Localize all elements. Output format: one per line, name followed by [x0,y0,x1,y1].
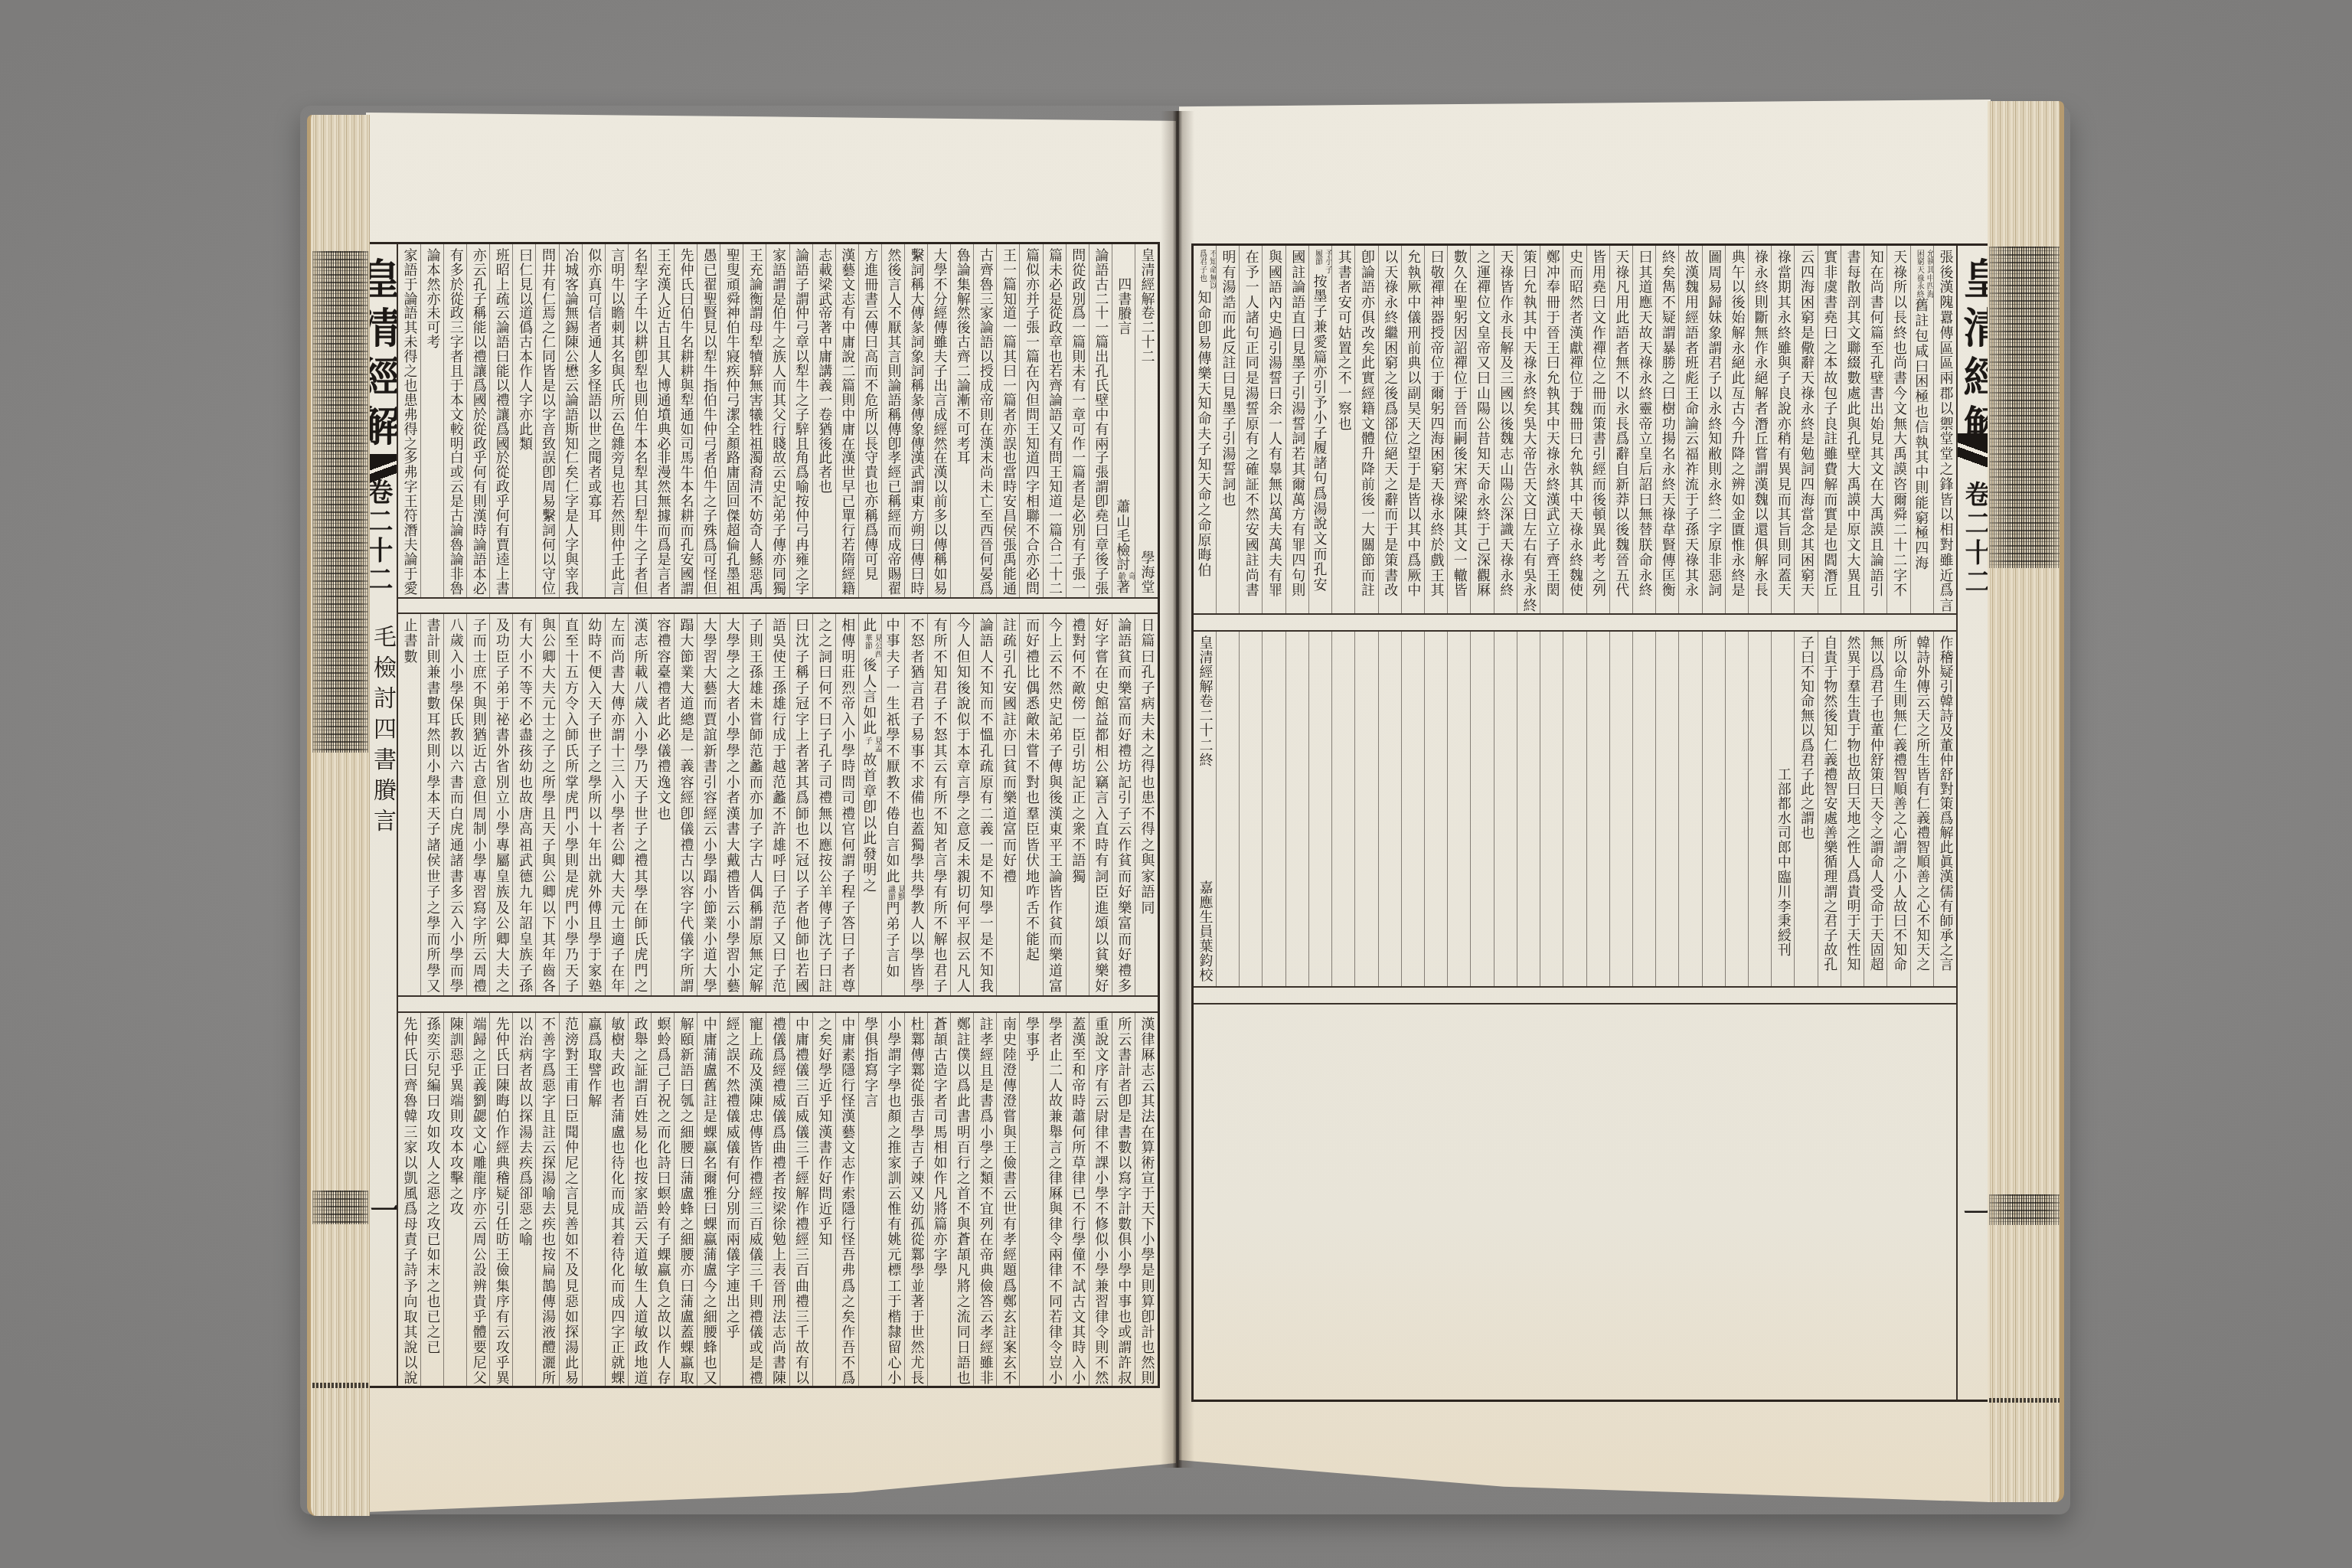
strip-book-title: 皇清經解 [367,257,398,453]
column-text: 以天祿永終繼困窮之後爲郤位絕天之辭而于是策書改 [1379,250,1400,598]
column-text: 學海堂 [1135,550,1157,594]
text-column: 論語古二十一篇出孔氏壁中有兩子張謂卽堯曰章後子張 [1089,244,1112,597]
text-run: 中事夫子一生祇學不厭教不倦自言如此 [884,618,900,885]
text-column: 祿當期其永終雖與子良說亦稍有異見而其旨則同蓋天 [1771,246,1794,613]
column-text: 以治病者故以探湯去疾爲卻惡之喻 [514,1017,535,1248]
text-column: 禮對何不敵傍一臣引坊記正之衆不語獨 [1066,614,1089,995]
column-text: 實非虞書堯曰之本故包子良註雖費解而實是也閻潛丘 [1818,250,1840,598]
text-column: 不知命無以爲君子也知命卽易傳樂天知命夫子知天命之命原晦伯 [1194,246,1216,613]
column-text: 止書數 [398,618,420,665]
text-column: 好字嘗在史館益都相公竊言入直時有詞臣進頌以貧樂好 [1089,614,1112,995]
column-text: 解頤新語曰瓠之細腰曰蒲盧蜂之細腰亦曰蒲盧蓋蜾蠃取 [675,1017,697,1386]
fore-edge-frame-line [312,1383,368,1388]
text-column: 篇未必是從政章也若齊論語又有問王知道一篇合二十二 [1043,244,1066,597]
text-column: 王充論衡謂母犁犢騂無害犧牲祖濁裔清不妨奇人鯀惡禹 [743,244,766,597]
text-column: 皆用堯曰文作禪位之冊而策書引經而後頓異此考之列 [1586,246,1609,613]
column-text: 不知命無以爲君子也知命卽易傳樂天知命夫子知天命之命原晦伯 [1194,250,1216,578]
text-column: 蒼頡古造字者司馬相如作凡將篇亦字學 [927,1013,950,1386]
text-column: 曰仁見以道僞古本作人字亦此類 [512,244,535,597]
column-text: 子則王孫雄未嘗師范蠡而亦加子字古人偶稱謂原無定解 [744,618,766,995]
column-text: 予小子履節按墨子兼愛篇亦引予小子履諸句爲湯說文而孔安 [1308,250,1331,593]
fore-edge-ink-smudge [312,1191,368,1224]
text-column: 註孝經且是書爲小學之類不宜列在帝典儉答云孝經雖非 [973,1013,996,1386]
text-column: 曰沈子稱子冠字上者著其爲師也不冠以子者他師也若國 [789,614,812,995]
column-text: 螟蛉爲己子祝之而化詩曰螟蛉有子蜾蠃負之故以作人存 [652,1017,673,1386]
text-column: 王充漢人近古且其人博通墳典必非漫然無據而爲是言者 [651,244,674,597]
text-column: 論語貧而樂富而好禮坊記引子云作貧而好樂富而好禮多 [1112,614,1135,995]
blank-column [1239,632,1262,986]
column-text: 志載梁武帝著中庸講義一卷猶後此者也 [813,248,835,494]
text-column: 大學習大藝而賈誼新書引容經云小學蹋小節業小道大學 [697,614,720,995]
text-column: 策曰允執其中天祿永終矣吳大帝告天文曰左右有吳永終 [1517,246,1540,613]
text-column: 相傳明莊烈帝入小學時問司禮官何謂子程子答曰子者尊 [835,614,858,995]
column-text: 有所不知君子不怒其云有所不知者言學有所不解也君子 [929,618,950,995]
strip-volume: 卷二十二 [367,479,390,595]
column-text: 中事夫子一生祇學不厭教不倦自言如此見默識節門弟子言如 [881,618,904,979]
column-text: 策曰允執其中天祿永終矣吳大帝告天文曰左右有吳永終 [1517,250,1539,613]
text-column: 先仲氏曰陳晦伯作經典稽疑引任昉王儉集序有云攻乎異 [489,1013,512,1386]
text-column: 漢律厤志云其法在算術宣于天下小學是則算卽計也然則 [1135,1013,1158,1386]
column-text: 鄭冲奉冊于晉王曰允執其中天祿永終漢武立子齊王閎 [1541,250,1563,598]
column-text: 然後言人不厭其言則論語稱傳卽孝經已稱經而成帝賜翟 [882,248,903,596]
text-column: 左而尚書大傳亦謂十三入小學者公卿大夫元士適子在年 [605,614,628,995]
column-text: 鄭註僕以爲此書明百行之首不與蒼頡凡將之流同日語也 [952,1017,973,1386]
column-text: 終矣雋不疑謂暴勝之曰樹功揚名永終天祿韋賢傳匡衡 [1657,250,1678,598]
register-middle: 作稽疑引韓詩及董仲舒對策爲解此眞漢儒有師承之言韓詩外傳云天之所生皆有仁義禮智順善… [1194,630,1956,988]
text-column: 天祿凡用此語者無不以永長爲辭自新莽以後魏晉五代 [1609,246,1632,613]
text-column: 似亦真可信者通人多怪語以世之聞者或寡耳 [582,244,605,597]
fore-edge-ink-smudge [1989,247,2060,568]
column-text: 端歸之正義劉勰文心雕龍序亦云周公設辨貴乎體要尼父 [468,1017,489,1386]
column-text: 南史陸澄傳澄嘗與王儉書云世有孝經題爲鄭玄註案玄不 [998,1017,1019,1386]
column-text: 之矣好學近乎知漢書作好問近乎知 [813,1017,835,1248]
right-page-frame: 皇清經解 卷二十二 一 張後漢隗囂傳區區兩郡以禦堂堂之鋒皆以相對雖近爲言允執其中… [1191,243,1989,1402]
column-text: 蹋大節業大道總是一義容經卽儀禮古以容字代儀字所謂 [675,618,697,995]
column-text: 張後漢隗囂傳區區兩郡以禦堂堂之鋒皆以相對雖近爲言 [1934,250,1955,613]
column-text: 知在尚書何篇至孔壁書出始見其文在大禹謨且論語引 [1865,250,1886,598]
text-column: 漢藝文志有中庸說二篇則中庸在漢世早已單行若隋經籍 [835,244,858,597]
blank-column [1424,632,1447,986]
column-text: 論語古二十一篇出孔氏壁中有兩子張謂卽堯曰章後子張 [1089,248,1111,596]
text-column: 皇清經解卷二十二終嘉應生員葉鈞校 [1194,632,1216,986]
text-column: 杜鄴傳鄴從張吉學吉子竦又幼孤從鄴學並著于世然尤長 [904,1013,927,1386]
text-column: 魯論集解然後古齊二論漸不可考耳 [950,244,973,597]
blank-column [1378,632,1401,986]
text-column: 解頤新語曰瓠之細腰曰蒲盧蜂之細腰亦曰蒲盧蓋蜾蠃取 [674,1013,697,1386]
text-column: 敏樹夫政也者蒲盧也待化而成其着待化而成四字正就蜾 [605,1013,628,1386]
text-column: 經之誤不然禮儀威儀有何分別而兩儀字連出之乎 [720,1013,743,1386]
column-text: 寵上疏及漢陳忠傳皆作禮經三百威儀三千則禮儀或是禮 [744,1017,766,1386]
column-text: 魯論集解然後古齊二論漸不可考耳 [952,248,973,465]
blank-column [1354,632,1377,986]
column-text: 其書者安可姑置之不一察也 [1333,250,1354,432]
column-text: 曰沈子稱子冠字上者著其爲師也不冠以子者他師也若國 [790,618,812,995]
text-column: 與國語內史過引湯誓曰余一人有辠無以萬夫萬夫有罪 [1262,246,1285,613]
column-text: 左而尚書大傳亦謂十三入小學者公卿大夫元士適子在年 [606,618,627,995]
text-column: 幼時不便入天子世子之學所以十年出就外傅且學于家塾 [582,614,605,995]
text-column: 先仲氏曰伯牛名耕耕與犁通如司馬牛本名耕而孔安國謂 [674,244,697,597]
text-column: 方進冊書云傳曰高而不危所以長守貴也亦稱爲傳可見 [858,244,881,597]
text-column: 數久在聖躬因詔禪位于晉而嗣後宋齊梁陳其文一轍皆 [1447,246,1470,613]
column-text: 四書賸言 [1112,277,1134,335]
blank-column [1401,632,1424,986]
column-text: 蓋漢至和帝時蕭何所草律已不行學僮不試古文其時入小 [1067,1017,1088,1386]
text-column: 中庸蒲盧舊註是蜾蠃名爾雅曰蜾蠃蒲盧今之細腰蜂也又 [697,1013,720,1386]
blank-column [1563,632,1586,986]
column-text: 在予一人諸句正同是湯誓原有之確証不然安國註尚書 [1240,250,1262,598]
blank-column [1470,632,1493,986]
column-text: 幼時不便入天子世子之學所以十年出就外傅且學于家塾 [583,618,604,995]
text-column: 有多於從政三字者且于本文較明白或云是古論魯論非魯 [443,244,466,597]
column-text: 天祿皆作永長解及三國以後魏志山陽公深識天祿永終 [1494,250,1516,598]
text-column: 然異于羣生貴于物也故曰天地之性人爲貴明于天性知 [1841,632,1864,986]
column-text: 註疏引孔安國註亦曰貧而樂道富而好禮 [998,618,1019,885]
column-text: 自貴于物然後知仁義禮智安處善樂循理謂之君子故孔 [1818,635,1840,972]
blank-column [1632,632,1655,986]
column-text: 國註論語直曰見墨子引湯誓詞若其爾萬方有罪四句則 [1286,250,1308,598]
text-run: 按墨子兼愛篇亦引予小子履諸句爲湯說文而孔安 [1311,274,1327,593]
text-column: 明有湯誥而此反註曰見墨子引湯誓詞也 [1216,246,1239,613]
text-column: 問井有仁焉之仁同皆是以字音致誤卽周易繫詞何以守位 [535,244,558,597]
text-column: 中庸禮儀三百威儀三千經解作禮經三百曲禮三千故有以 [789,1013,812,1386]
column-text: 蠃爲取譬作解 [583,1017,604,1109]
text-column: 家語謂是伯牛之族人而其父行賤故云史記弟子傳亦同獨 [766,244,789,597]
blank-column [1494,632,1517,986]
annotation-note: 允執其中四海困窮天祿永終 [1914,250,1933,299]
text-column: 工部都水司郎中臨川李秉綬刊 [1771,632,1794,986]
text-column: 陳訓惡乎異端則攻本攻擊之攻 [443,1013,466,1386]
blank-column [1748,632,1771,986]
text-column: 孫奕示兒編曰攻如攻人之惡之攻已如末之也已之已 [420,1013,443,1386]
text-column: 與公卿大夫元士之子之所學且天子與公卿以下其年齒各 [535,614,558,995]
text-column: 天祿所以長終也尚書今文無大禹謨咨爾舜二十二字不 [1886,246,1909,613]
text-run: 後人言如此 [861,658,877,737]
column-text: 王一篇知道一篇其曰一篇者亦誤也當時安昌侯張禹能通 [998,248,1019,596]
text-column: 在予一人諸句正同是湯誓原有之確証不然安國註尚書 [1239,246,1262,613]
annotation-note: 見孟子 [862,737,881,753]
text-column: 端歸之正義劉勰文心雕龍序亦云周公設辨貴乎體要尼父 [466,1013,489,1386]
register-bottom: 漢律厤志云其法在算術宣于天下小學是則算卽計也然則所云書計者卽是書數以寫字計數俱小… [398,1011,1158,1386]
column-text: 無以爲君子也董仲舒策曰天令之謂命人受命于天固超 [1865,635,1886,972]
text-column: 直至十五方令入師氏所掌虎門小學則是虎門小學乃天子 [559,614,582,995]
column-text: 之之詞曰何不曰子孔子司禮無以應按公羊傳子沈子曰註 [813,618,835,995]
text-column: 及功臣子弟于祕書外省別立小學專屬皇族及公卿大夫之 [489,614,512,995]
column-text: 似亦真可信者通人多怪語以世之聞者或寡耳 [583,248,604,523]
text-column: 中庸素隱行怪漢藝文志作索隱行怪吾弗爲之矣作吾不爲 [835,1013,858,1386]
text-column: 無以爲君子也董仲舒策曰天令之謂命人受命于天固超 [1864,632,1886,986]
fishtail-mark-icon [1958,433,1989,475]
column-text: 禮儀爲經禮威儀爲曲禮者按梁徐勉上表晉刑法志尚書陳 [767,1017,789,1386]
page-number: 一 [367,1194,398,1225]
column-text: 蒼頡古造字者司馬相如作凡將篇亦字學 [929,1017,950,1279]
text-column: 子則王孫雄未嘗師范蠡而亦加子字古人偶稱謂原無定解 [743,614,766,995]
text-column: 蹋大節業大道總是一義容經卽儀禮古以容字代儀字所謂 [674,614,697,995]
text-column: 重說文序有云尉律不課小學不修似小學兼習律令則不然 [1089,1013,1112,1386]
text-column: 篇似亦并子張一篇在內但問王知道四字相聯不合亦必問 [1019,244,1042,597]
column-text: 圖周易歸妹象謂君子以永終知敝則永終二字原非惡詞 [1703,250,1724,598]
text-column: 書每散剖其文聯綴數處此與孔壁大禹謨中原文大異且 [1841,246,1864,613]
text-column: 先仲氏曰齊魯韓三家以凱風爲母責子詩予向取其說以說 [398,1013,420,1386]
text-column: 天祿皆作永長解及三國以後魏志山陽公深識天祿永終 [1494,246,1517,613]
text-column: 終矣雋不疑謂暴勝之曰樹功揚名永終天祿韋賢傳匡衡 [1655,246,1678,613]
column-text: 篇未必是從政章也若齊論語又有問王知道一篇合二十二 [1044,248,1065,596]
column-text: 及功臣子弟于祕書外省別立小學專屬皇族及公卿大夫之 [491,618,512,995]
text-column: 漢志所載八歲入小學乃天子世子之禮其學在師氏虎門之 [628,614,651,995]
column-text: 繫詞稱大傳彖詞象詞稱彖傳象傳漢武謂東方朔曰傳曰時 [906,248,927,596]
column-text: 故漢魏用經語者班彪王命論云福祚流于子孫天祿其永 [1680,250,1701,598]
left-title-strip: 皇清經解 卷二十二 毛檢討四書賸言 一 [367,244,398,1386]
column-text: 亦云孔子稱能以禮讓爲國於從政乎何有則漢時論語本必 [468,248,489,596]
annotation-note: 見默識節 [885,885,904,901]
column-text: 論語貧而樂富而好禮坊記引子云作貧而好樂富而好禮多 [1112,618,1134,995]
text-column: 之之詞曰何不曰子孔子司禮無以應按公羊傳子沈子曰註 [812,614,835,995]
text-column: 容禮容臺禮者此必儀禮逸文也 [651,614,674,995]
text-column: 曰敬禪神器授帝位于爾躬四海困窮天祿永終於戲王其 [1424,246,1447,613]
text-column: 今人但知後說似于本章言學之意反未親切何平叔云凡人 [950,614,973,995]
column-text: 天祿凡用此語者無不以永長爲辭自新莽以後魏晉五代 [1610,250,1632,598]
blank-column [1285,632,1308,986]
text-column: 以治病者故以探湯去疾爲卻惡之喻 [512,1013,535,1386]
text-column: 所以命生則無仁義禮智順善之心謂之小人故曰不知命 [1886,632,1909,986]
column-text: 先仲氏曰齊魯韓三家以凱風爲母責子詩予向取其說以說 [398,1017,420,1386]
text-column: 鄭註僕以爲此書明百行之首不與蒼頡凡將之流同日語也 [950,1013,973,1386]
column-text: 小學謂字學也顏之推家訓云惟有姚元標工于楷隸留心小 [882,1017,903,1386]
text-column: 所云書計者卽是書數以寫字計數俱小學中事也或謂許叔 [1112,1013,1135,1386]
column-text: 重說文序有云尉律不課小學不修似小學兼習律令則不然 [1089,1017,1111,1386]
text-column: 子曰不知命無以爲君子此之謂也 [1794,632,1817,986]
text-run: 知命卽易傳樂天知命夫子知天命之命原晦伯 [1195,290,1211,578]
column-text: 問井有仁焉之仁同皆是以字音致誤卽周易繫詞何以守位 [537,248,558,596]
text-column: 班昭上疏云論語曰能以禮讓爲國於從政乎何有賈逵上書 [489,244,512,597]
text-column: 論語子謂仲弓章以犁牛之子騂且角爲喻按仲弓冉雍之字 [789,244,812,597]
text-column: 知在尚書何篇至孔壁書出始見其文在大禹謨且論語引 [1864,246,1886,613]
text-column: 張後漢隗囂傳區區兩郡以禦堂堂之鋒皆以相對雖近爲言 [1933,246,1956,613]
text-column: 四書賸言蕭山毛檢討奇齡著 [1112,244,1135,597]
book-gutter-shadow [1161,111,1194,1468]
register-top: 皇清經解卷二十二學海堂四書賸言蕭山毛檢討奇齡著論語古二十一篇出孔氏壁中有兩子張謂… [398,244,1158,599]
column-text: 王充漢人近古且其人博通墳典必非漫然無據而爲是言者 [652,248,673,596]
column-text: 八歲入小學保氏教以六書而白虎通諸書多云入小學而學 [445,618,466,995]
fore-edge-ink-smudge [1989,1194,2060,1225]
column-text: 學者止二人故兼舉言之律厤與律令兩律不同若律令豈小 [1044,1017,1065,1386]
column-text: 古齊魯三家論語以授成帝則在漢末尚未亡至西晉何晏爲 [975,248,996,596]
column-text: 卽論語亦俱改矣此實經籍文體升降前後一大關節而註 [1356,250,1377,598]
blank-column [1517,632,1540,986]
column-text: 韓詩外傳云天之所生皆有仁義禮智順善之心不知天之 [1911,635,1932,972]
right-title-strip: 皇清經解 卷二十二 一 [1956,246,1989,1400]
blank-column [1331,632,1354,986]
left-page-frame: 皇清經解 卷二十二 毛檢討四書賸言 一 皇清經解卷二十二學海堂四書賸言蕭山毛檢討… [367,242,1160,1388]
register-bottom-blank [1194,1003,1956,1400]
column-text: 曰敬禪神器授帝位于爾躬四海困窮天祿永終於戲王其 [1426,250,1447,598]
text-column: 愚已翟聖賢見以犁牛指伯牛仲弓者伯牛之子殊爲可怪但 [697,244,720,597]
column-text: 祿永終則斷無作永絕解者潛丘嘗謂漢魏以還俱解永長 [1749,250,1771,598]
blank-column [1655,632,1678,986]
register-top: 張後漢隗囂傳區區兩郡以禦堂堂之鋒皆以相對雖近爲言允執其中四海困窮天祿永終舊註包咸… [1194,246,1956,615]
column-text: 書每散剖其文聯綴數處此與孔壁大禹謨中原文大異且 [1842,250,1864,598]
column-text: 之運禪位文皇帝又曰山陽公昔知天命永終于己深觀厤 [1472,250,1493,598]
blank-column [1447,632,1470,986]
column-text: 家語謂是伯牛之族人而其父行賤故云史記弟子傳亦同獨 [767,248,789,596]
blank-column [1540,632,1563,986]
text-column: 范滂對王甫曰臣聞仲尼之言見善如不及見惡如探湯此易 [559,1013,582,1386]
text-column: 允執厥中儀刑前典以副昊天之望于是皆以其中爲厥中 [1401,246,1424,613]
column-text: 天祿所以長終也尚書今文無大禹謨咨爾舜二十二字不 [1888,250,1909,598]
annotation-note: 奇齡 [1116,572,1135,580]
column-text: 曰其道應天故天祿永終靈帝立皇后詔曰無替朕命永終 [1634,250,1655,598]
column-text: 先仲氏曰陳晦伯作經典稽疑引任昉王儉集序有云攻乎異 [491,1017,512,1386]
text-column: 中事夫子一生祇學不厭教不倦自言如此見默識節門弟子言如 [881,614,904,995]
text-column: 不怒者猶言君子易事不求備也蓋獨學共學教人以學皆學 [904,614,927,995]
column-text: 家語于論語其未得之也患弗得之多弗字王符潛夫論于愛 [398,248,420,596]
column-text: 中庸禮儀三百威儀三千經解作禮經三百曲禮三千故有以 [790,1017,812,1386]
column-text: 先仲氏曰伯牛名耕耕與犁通如司馬牛本名耕而孔安國謂 [675,248,697,596]
column-text: 不怒者猶言君子易事不求備也蓋獨學共學教人以學皆學 [906,618,927,995]
column-text: 范滂對王甫曰臣聞仲尼之言見善如不及見惡如探湯此易 [560,1017,581,1386]
text-column: 語吳使王孫雄行成于越范蠡不許雄呼曰子范子又曰子范 [766,614,789,995]
column-text: 皆用堯曰文作禪位之冊而策書引經而後頓異此考之列 [1587,250,1609,598]
column-text: 論語人不知而不慍孔疏原有二義一是不知學一是不知我 [975,618,996,995]
blank-column [1725,632,1748,986]
column-text: 而好禮比偶悉敵未嘗不對也羣臣皆伏地咋舌不能起 [1021,618,1042,963]
column-text: 今上云不然史記弟子傳與後漢東平王論皆作貧而樂道富 [1044,618,1065,995]
column-text: 工部都水司郎中臨川李秉綬刊 [1772,767,1794,957]
text-column: 繫詞稱大傳彖詞象詞稱彖傳象傳漢武謂東方朔曰傳曰時 [904,244,927,597]
column-text: 論語子謂仲弓章以犁牛之子騂且角爲喻按仲弓冉雍之字 [790,248,812,596]
text-column: 註疏引孔安國註亦曰貧而樂道富而好禮 [996,614,1019,995]
column-text: 容禮容臺禮者此必儀禮逸文也 [652,618,673,822]
text-run: 門弟子言如 [884,901,900,980]
column-text: 不善字爲惡字且註云探湯喻去疾也按扁鵲傳湯液醴灑所 [537,1017,558,1386]
text-column: 王一篇知道一篇其曰一篇者亦誤也當時安昌侯張禹能通 [996,244,1019,597]
text-column: 以天祿永終繼困窮之後爲郤位絕天之辭而于是策書改 [1378,246,1401,613]
text-column: 國註論語直曰見墨子引湯誓詞若其爾萬方有罪四句則 [1285,246,1308,613]
text-column: 實非虞書堯曰之本故包子良註雖費解而實是也閻潛丘 [1818,246,1841,613]
text-column: 鄭冲奉冊于晉王曰允執其中天祿永終漢武立子齊王閎 [1540,246,1563,613]
right-text-area: 張後漢隗囂傳區區兩郡以禦堂堂之鋒皆以相對雖近爲言允執其中四海困窮天祿永終舊註包咸… [1194,246,1956,1400]
blank-column [1308,632,1331,986]
text-column: 此見公西華節後人言如此見孟子故首章卽以此發明之 [858,614,881,995]
column-text: 作稽疑引韓詩及董仲舒對策爲解此眞漢儒有師承之言 [1934,635,1955,972]
text-column: 曰其道應天故天祿永終靈帝立皇后詔曰無替朕命永終 [1632,246,1655,613]
column-text: 數久在聖躬因詔禪位于晉而嗣後宋齊梁陳其文一轍皆 [1449,250,1470,598]
text-column: 今上云不然史記弟子傳與後漢東平王論皆作貧而樂道富 [1043,614,1066,995]
column-text: 然異于羣生貴于物也故曰天地之性人爲貴明于天性知 [1842,635,1864,972]
column-text: 日篇曰孔子病夫未之得也患不得之與家語同 [1135,618,1157,916]
text-column: 大學學之大者小學學之小者漢書大戴禮皆云小學習小藝 [720,614,743,995]
column-text: 冶城客論無錫陳公懋云論語斯知仁矣仁字是人字與宰我 [560,248,581,596]
text-column: 之矣好學近乎知漢書作好問近乎知 [812,1013,835,1386]
text-column: 志載梁武帝著中庸講義一卷猶後此者也 [812,244,835,597]
page-number: 一 [1961,1197,1989,1228]
text-column: 皇清經解卷二十二學海堂 [1135,244,1158,597]
column-text: 學俱指寫字言 [859,1017,880,1109]
text-column: 日篇曰孔子病夫未之得也患不得之與家語同 [1135,614,1158,995]
column-text: 所云書計者卽是書數以寫字計數俱小學中事也或謂許叔 [1112,1017,1134,1386]
column-text: 與國語內史過引湯誓曰余一人有辠無以萬夫萬夫有罪 [1263,250,1285,598]
text-column: 故漢魏用經語者班彪王命論云福祚流于子孫天祿其永 [1678,246,1701,613]
column-text: 聖叟頑舜神伯牛寢疾仲弓潔全顏路庸固回傑超倫孔墨祖 [721,248,743,596]
register-middle: 日篇曰孔子病夫未之得也患不得之與家語同論語貧而樂富而好禮坊記引子云作貧而好樂富而… [398,612,1158,997]
strip-short-title: 毛檢討四書賸言 [371,625,394,839]
text-column: 學事乎 [1019,1013,1042,1386]
column-text: 允執厥中儀刑前典以副昊天之望于是皆以其中爲厥中 [1402,250,1423,598]
text-run: 此 [861,618,877,634]
text-column: 螟蛉爲己子祝之而化詩曰螟蛉有子蜾蠃負之故以作人存 [651,1013,674,1386]
text-column: 祿永終則斷無作永絕解者潛丘嘗謂漢魏以還俱解永長 [1748,246,1771,613]
text-column: 亦云孔子稱能以禮讓爲國於從政乎何有則漢時論語本必 [466,244,489,597]
blank-column [1609,632,1632,986]
column-text: 允執其中四海困窮天祿永終舊註包咸曰困極也信執其中則能窮極四海 [1910,250,1933,571]
column-text: 祿當期其永終雖與子良說亦稍有異見而其旨則同蓋天 [1772,250,1794,598]
text-column: 圖周易歸妹象謂君子以永終知敝則永終二字原非惡詞 [1702,246,1725,613]
text-column: 自貴于物然後知仁義禮智安處善樂循理謂之君子故孔 [1818,632,1841,986]
text-column: 小學謂字學也顏之推家訓云惟有姚元標工于楷隸留心小 [881,1013,904,1386]
text-column: 史而昭然者漢獻禪位于魏冊曰允執其中天祿永終魏使 [1563,246,1586,613]
column-text: 直至十五方令入師氏所掌虎門小學則是虎門小學乃天子 [560,618,581,995]
column-text: 方進冊書云傳曰高而不危所以長守貴也亦稱爲傳可見 [859,248,880,581]
column-text: 陳訓惡乎異端則攻本攻擊之攻 [445,1017,466,1217]
column-text: 漢藝文志有中庸說二篇則中庸在漢世早已單行若隋經籍 [836,248,857,596]
column-text: 曰仁見以道僞古本作人字亦此類 [514,248,535,451]
column-text: 政舉之証謂百姓易化也按家語云天道敏生人道敏政地道 [629,1017,650,1386]
column-text: 論本然亦未可考 [422,248,443,349]
text-run: 蕭山毛檢討 [1114,499,1130,572]
column-text: 子曰不知命無以爲君子此之謂也 [1795,635,1817,840]
column-text: 班昭上疏云論語曰能以禮讓爲國於從政乎何有賈逵上書 [491,248,512,596]
column-text: 云四海困窮是儆辭天祿永終是勉詞四海當念其困窮天 [1795,250,1817,598]
text-column: 卽論語亦俱改矣此實經籍文體升降前後一大關節而註 [1354,246,1377,613]
column-text: 大學不分經傳雖夫子出言成經然在漢以前多以傳稱如易 [929,248,950,596]
column-text: 明有湯誥而此反註曰見墨子引湯誓詞也 [1217,250,1239,508]
column-text: 好字嘗在史館益都相公竊言入直時有詞臣進頌以貧樂好 [1089,618,1111,995]
annotation-note: 不知命無以爲君子也 [1197,250,1216,290]
text-column: 作稽疑引韓詩及董仲舒對策爲解此眞漢儒有師承之言 [1933,632,1956,986]
text-column: 蠃爲取譬作解 [582,1013,605,1386]
column-text: 漢志所載八歲入小學乃天子世子之禮其學在師氏虎門之 [629,618,650,995]
column-text: 禮對何不敵傍一臣引坊記正之衆不語獨 [1067,618,1088,885]
fore-edge-frame-line [1989,1398,2060,1403]
text-column: 政舉之証謂百姓易化也按家語云天道敏生人道敏政地道 [628,1013,651,1386]
column-text: 書計則兼書數耳然則小學本天子諸侯世子之學而所學又 [422,618,443,995]
text-run: 著 [1114,580,1130,594]
column-text: 此見公西華節後人言如此見孟子故首章卽以此發明之 [858,618,881,893]
column-text: 皇清經解卷二十二終 [1194,635,1215,767]
column-text: 語吳使王孫雄行成于越范蠡不許雄呼曰子范子又曰子范 [767,618,789,995]
column-text: 敏樹夫政也者蒲盧也待化而成其着待化而成四字正就蜾 [606,1017,627,1386]
text-column: 大學不分經傳雖夫子出言成經然在漢以前多以傳稱如易 [927,244,950,597]
text-column: 而好禮比偶悉敵未嘗不對也羣臣皆伏地咋舌不能起 [1019,614,1042,995]
column-text: 漢律厤志云其法在算術宣于天下小學是則算卽計也然則 [1135,1017,1157,1386]
column-text: 註孝經且是書爲小學之類不宜列在帝典儉答云孝經雖非 [975,1017,996,1386]
text-column: 其書者安可姑置之不一察也 [1331,246,1354,613]
column-text: 中庸素隱行怪漢藝文志作索隱行怪吾弗爲之矣作吾不爲 [836,1017,857,1386]
column-text: 問從政別爲一篇則未有一章可作一篇者是必別有子張一 [1067,248,1088,596]
column-text: 子而士庶不與則猶近古意但周制小學專習寫字所云周禮 [468,618,489,995]
text-column: 不善字爲惡字且註云探湯喻去疾也按扁鵲傳湯液醴灑所 [535,1013,558,1386]
column-text: 嘉應生員葉鈞校 [1194,880,1215,983]
text-column: 古齊魯三家論語以授成帝則在漢末尚未亡至西晉何晏爲 [973,244,996,597]
column-text: 所以命生則無仁義禮智順善之心謂之小人故曰不知命 [1888,635,1909,972]
text-column: 禮儀爲經禮威儀爲曲禮者按梁徐勉上表晉刑法志尚書陳 [766,1013,789,1386]
text-column: 然後言人不厭其言則論語稱傳卽孝經已稱經而成帝賜翟 [881,244,904,597]
text-run: 舊註包咸曰困極也信執其中則能窮極四海 [1913,299,1929,571]
text-column: 子而士庶不與則猶近古意但周制小學專習寫字所云周禮 [466,614,489,995]
text-column: 止書數 [398,614,420,995]
column-text: 名犁字子牛以耕卽犁也則伯牛本名犁其曰犁牛之子者但 [629,248,650,596]
column-text: 與公卿大夫元士之子之所學且天子與公卿以下其年齒各 [537,618,558,995]
text-column: 言明牛以瞻刺其名與氏所云色雜旁見也若然則仲壬此言 [605,244,628,597]
